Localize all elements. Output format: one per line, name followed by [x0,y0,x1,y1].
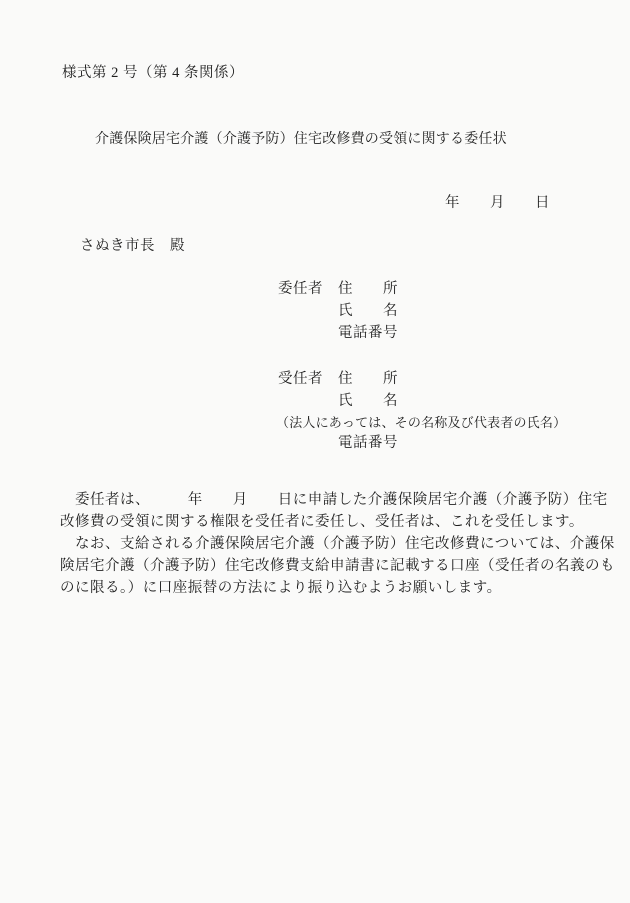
date-line: 年 月 日 [445,196,550,211]
body-paragraph2-line2: 険居宅介護（介護予防）住宅改修費支給申請書に記載する口座（受任者の名義のも [60,555,615,577]
delegate-name-line: 氏 名 [338,394,398,409]
form-number: 様式第 2 号（第 4 条関係） [62,66,244,81]
body-paragraph2-line3: のに限る。）に口座振替の方法により振り込むようお願いします。 [60,577,502,599]
body-paragraph1-line1: 委任者は、 年 月 日に申請した介護保険居宅介護（介護予防）住宅 [60,489,608,511]
addressee-line: さぬき市長 殿 [80,239,185,254]
body-paragraph1-line2: 改修費の受領に関する権限を受任者に委任し、受任者は、これを受任します。 [60,511,584,533]
document-title: 介護保険居宅介護（介護予防）住宅改修費の受領に関する委任状 [95,132,507,147]
delegator-name-line: 氏 名 [338,304,398,319]
body-paragraph2-line1: なお、支給される介護保険居宅介護（介護予防）住宅改修費については、介護保 [60,533,615,555]
delegate-address-line: 受任者 住 所 [278,372,398,387]
delegator-phone-line: 電話番号 [338,326,398,341]
delegate-phone-line: 電話番号 [338,436,398,451]
delegate-corporate-note: （法人にあっては、その名称及び代表者の氏名） [276,415,566,430]
delegator-address-line: 委任者 住 所 [278,282,398,297]
document-page: 様式第 2 号（第 4 条関係） 介護保険居宅介護（介護予防）住宅改修費の受領に… [0,0,630,903]
